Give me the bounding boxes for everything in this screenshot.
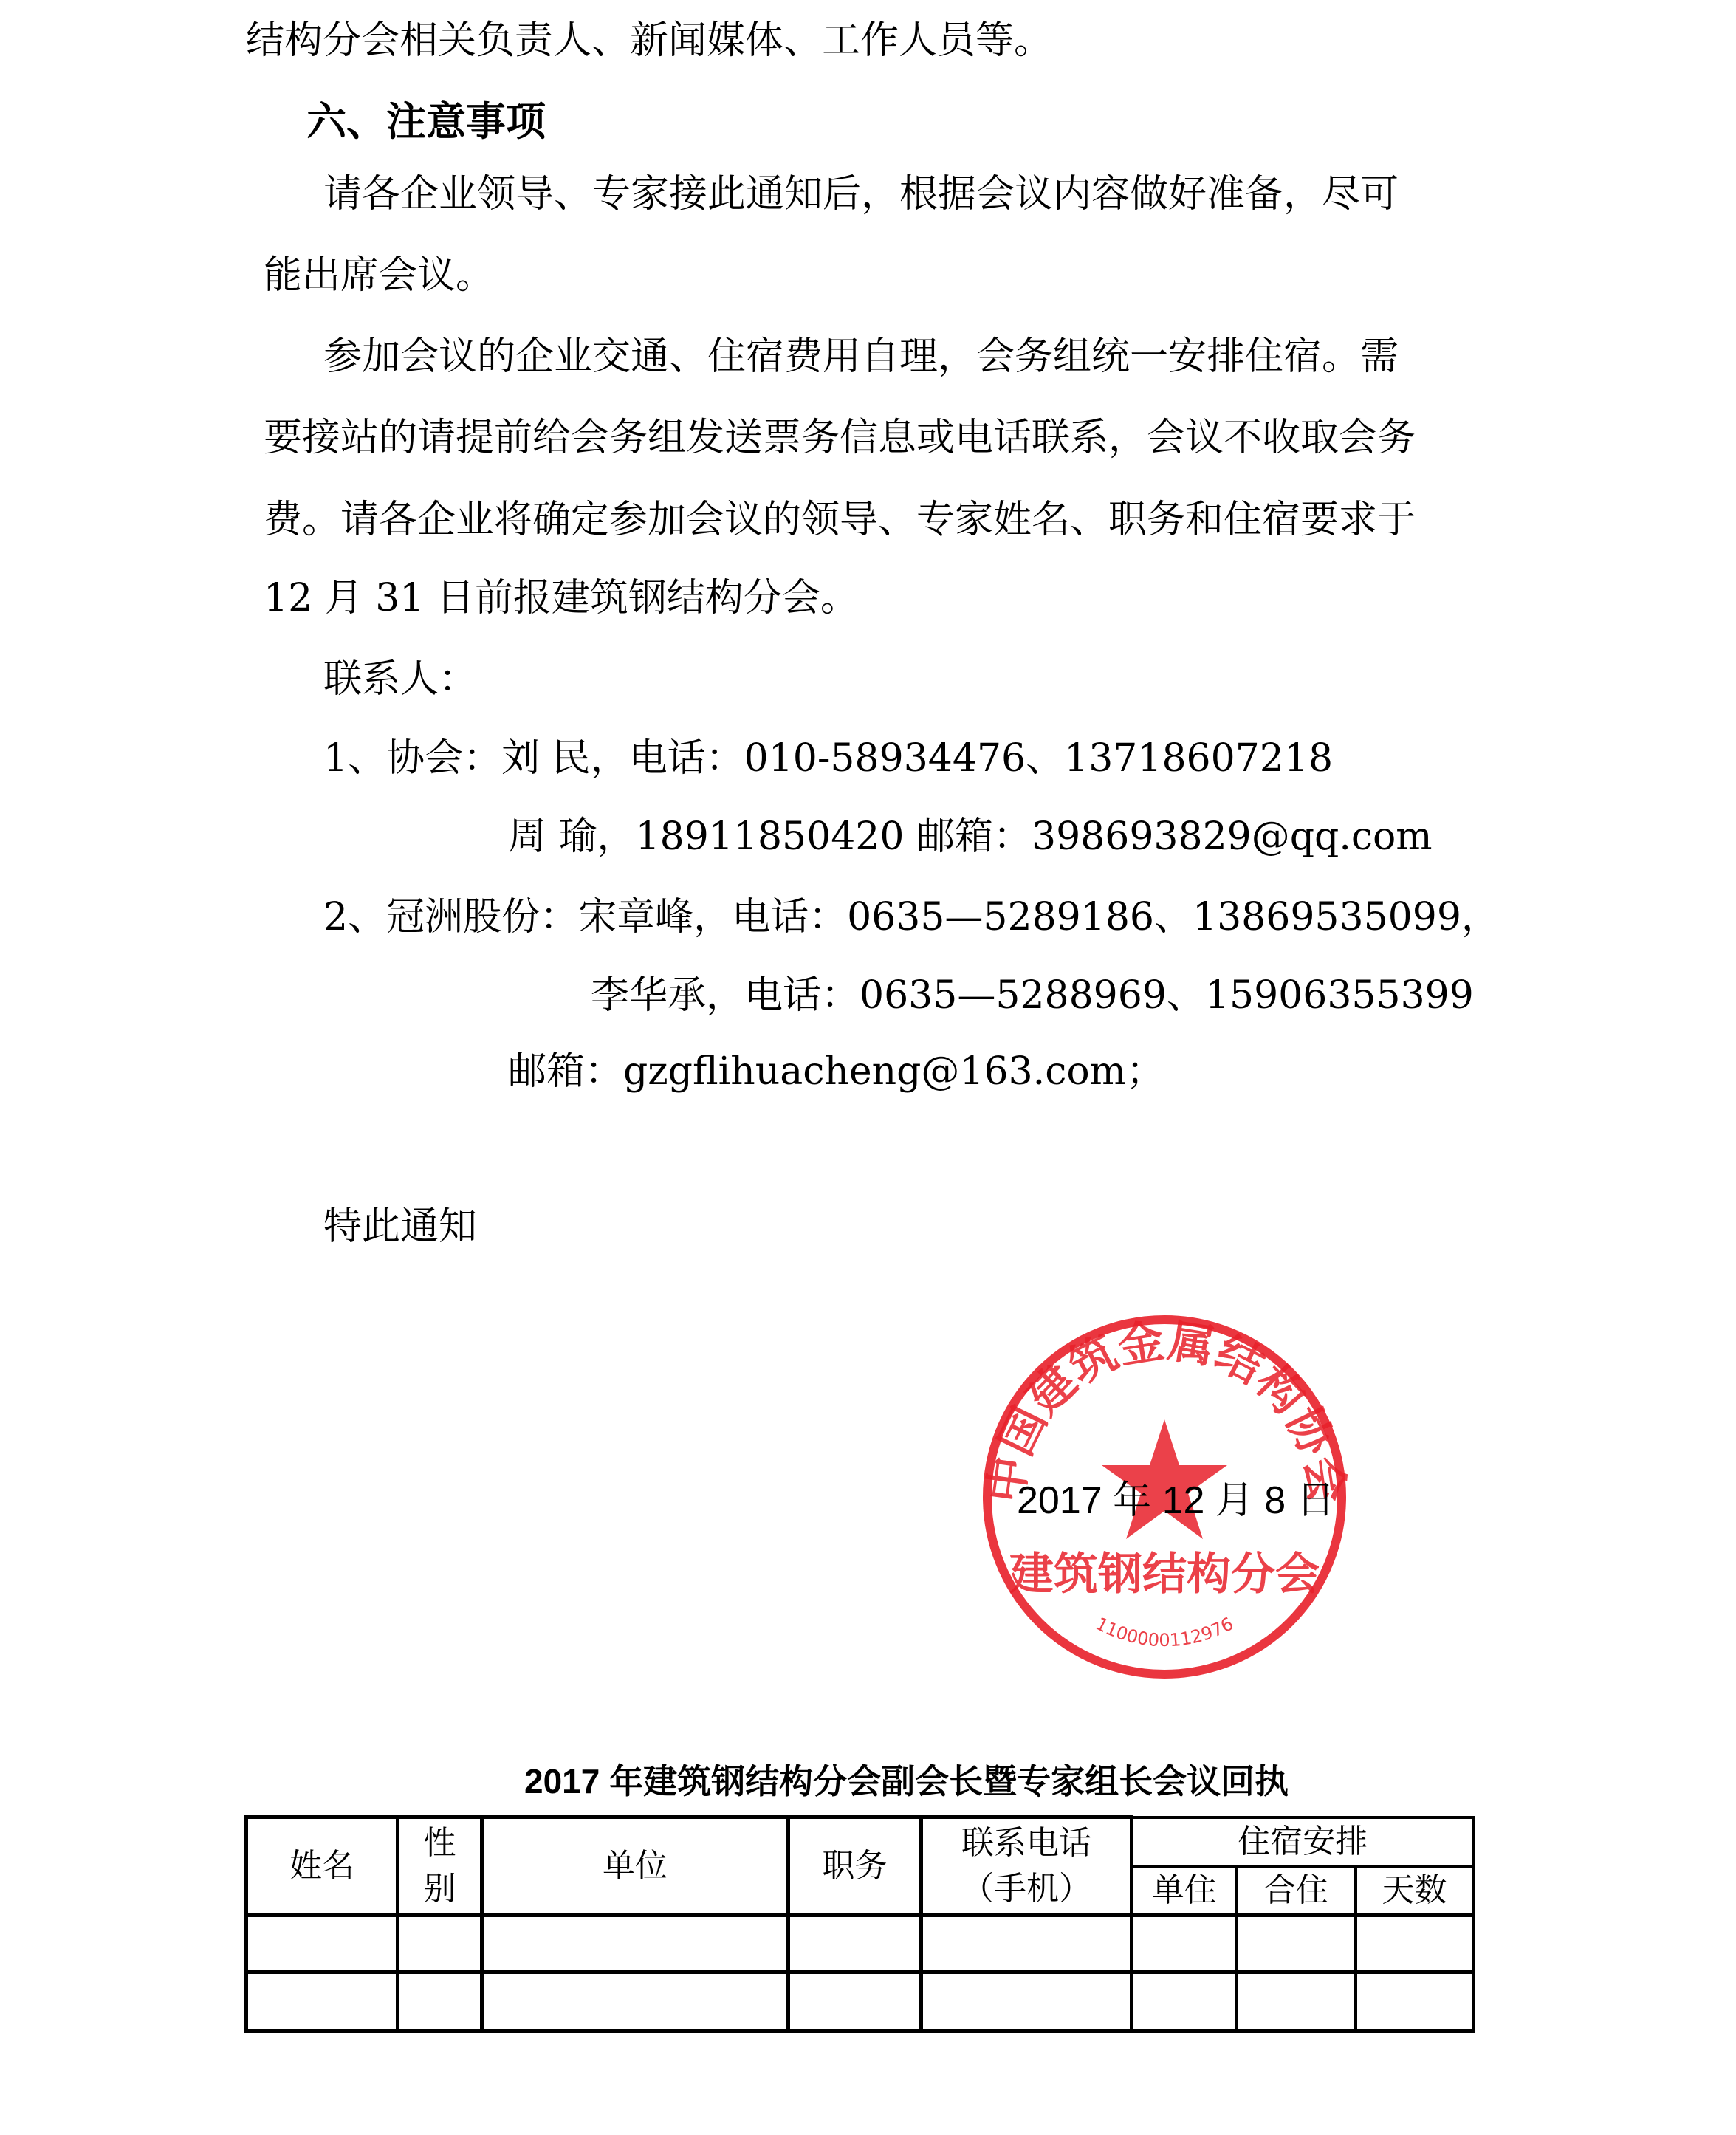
cell-single[interactable] [1132,1972,1237,2031]
header-phone-line1: 联系电话 [923,1820,1130,1866]
header-phone-line2: （手机） [923,1866,1130,1912]
header-single: 单住 [1132,1866,1237,1916]
section-heading: 六、注意事项 [306,100,546,144]
table-row [247,1972,1474,2031]
cell-shared[interactable] [1237,1915,1356,1972]
cell-phone[interactable] [922,1972,1132,2031]
contact2-line2: 李华承，电话：0635—5288969、15906355399 [591,973,1474,1018]
header-lodging: 住宿安排 [1132,1817,1474,1866]
header-shared: 合住 [1237,1866,1356,1916]
cell-phone[interactable] [922,1915,1132,1972]
para1-line2: 能出席会议。 [264,253,494,298]
contact2-line3: 邮箱：gzgflihuacheng@163.com； [508,1049,1164,1094]
svg-text:建筑钢结构分会: 建筑钢结构分会 [1009,1549,1320,1600]
cell-single[interactable] [1132,1915,1237,1972]
header-unit: 单位 [482,1817,789,1916]
issue-date: 2017 年 12 月 8 日 [1017,1478,1335,1523]
contact2-line1: 2、冠洲股份：宋章峰，电话：0635—5289186、13869535099， [323,895,1500,939]
header-days: 天数 [1356,1866,1474,1916]
para2-line2: 要接站的请提前给会务组发送票务信息或电话联系，会议不收取会务 [264,416,1416,460]
reply-form-table: 姓名 性 别 单位 职务 联系电话 （手机） 住宿安排 单住 合住 天数 [244,1815,1475,2033]
contact1-line1: 1、协会：刘 民，电话：010-58934476、13718607218 [323,736,1333,781]
cell-days[interactable] [1356,1972,1474,2031]
para1-line1: 请各企业领导、专家接此通知后，根据会议内容做好准备，尽可 [323,172,1399,216]
cell-gender[interactable] [398,1972,482,2031]
header-gender: 性 别 [398,1817,482,1916]
reply-form-title: 2017 年建筑钢结构分会副会长暨专家组长会议回执 [524,1759,1289,1803]
cell-unit[interactable] [482,1915,789,1972]
cell-shared[interactable] [1237,1972,1356,2031]
contact1-line2: 周 瑜，18911850420 邮箱：398693829@qq.com [508,815,1433,859]
header-name: 姓名 [247,1817,398,1916]
cell-name[interactable] [247,1915,398,1972]
header-gender-line2: 别 [399,1866,480,1912]
table-row [247,1915,1474,1972]
header-gender-line1: 性 [399,1820,480,1866]
svg-text:1100000112976: 1100000112976 [1092,1613,1237,1651]
cell-name[interactable] [247,1972,398,2031]
cell-unit[interactable] [482,1972,789,2031]
cell-position[interactable] [789,1972,922,2031]
header-position: 职务 [789,1817,922,1916]
para2-line1: 参加会议的企业交通、住宿费用自理，会务组统一安排住宿。需 [323,335,1399,379]
cell-gender[interactable] [398,1915,482,1972]
para2-line3: 费。请各企业将确定参加会议的领导、专家姓名、职务和住宿要求于 [264,498,1416,542]
cell-position[interactable] [789,1915,922,1972]
header-phone: 联系电话 （手机） [922,1817,1132,1916]
intro-end-text: 结构分会相关负责人、新闻媒体、工作人员等。 [246,18,1052,63]
para2-line4: 12 月 31 日前报建筑钢结构分会。 [264,576,859,620]
contact-label: 联系人： [323,657,477,702]
cell-days[interactable] [1356,1915,1474,1972]
closing-text: 特此通知 [323,1204,477,1249]
